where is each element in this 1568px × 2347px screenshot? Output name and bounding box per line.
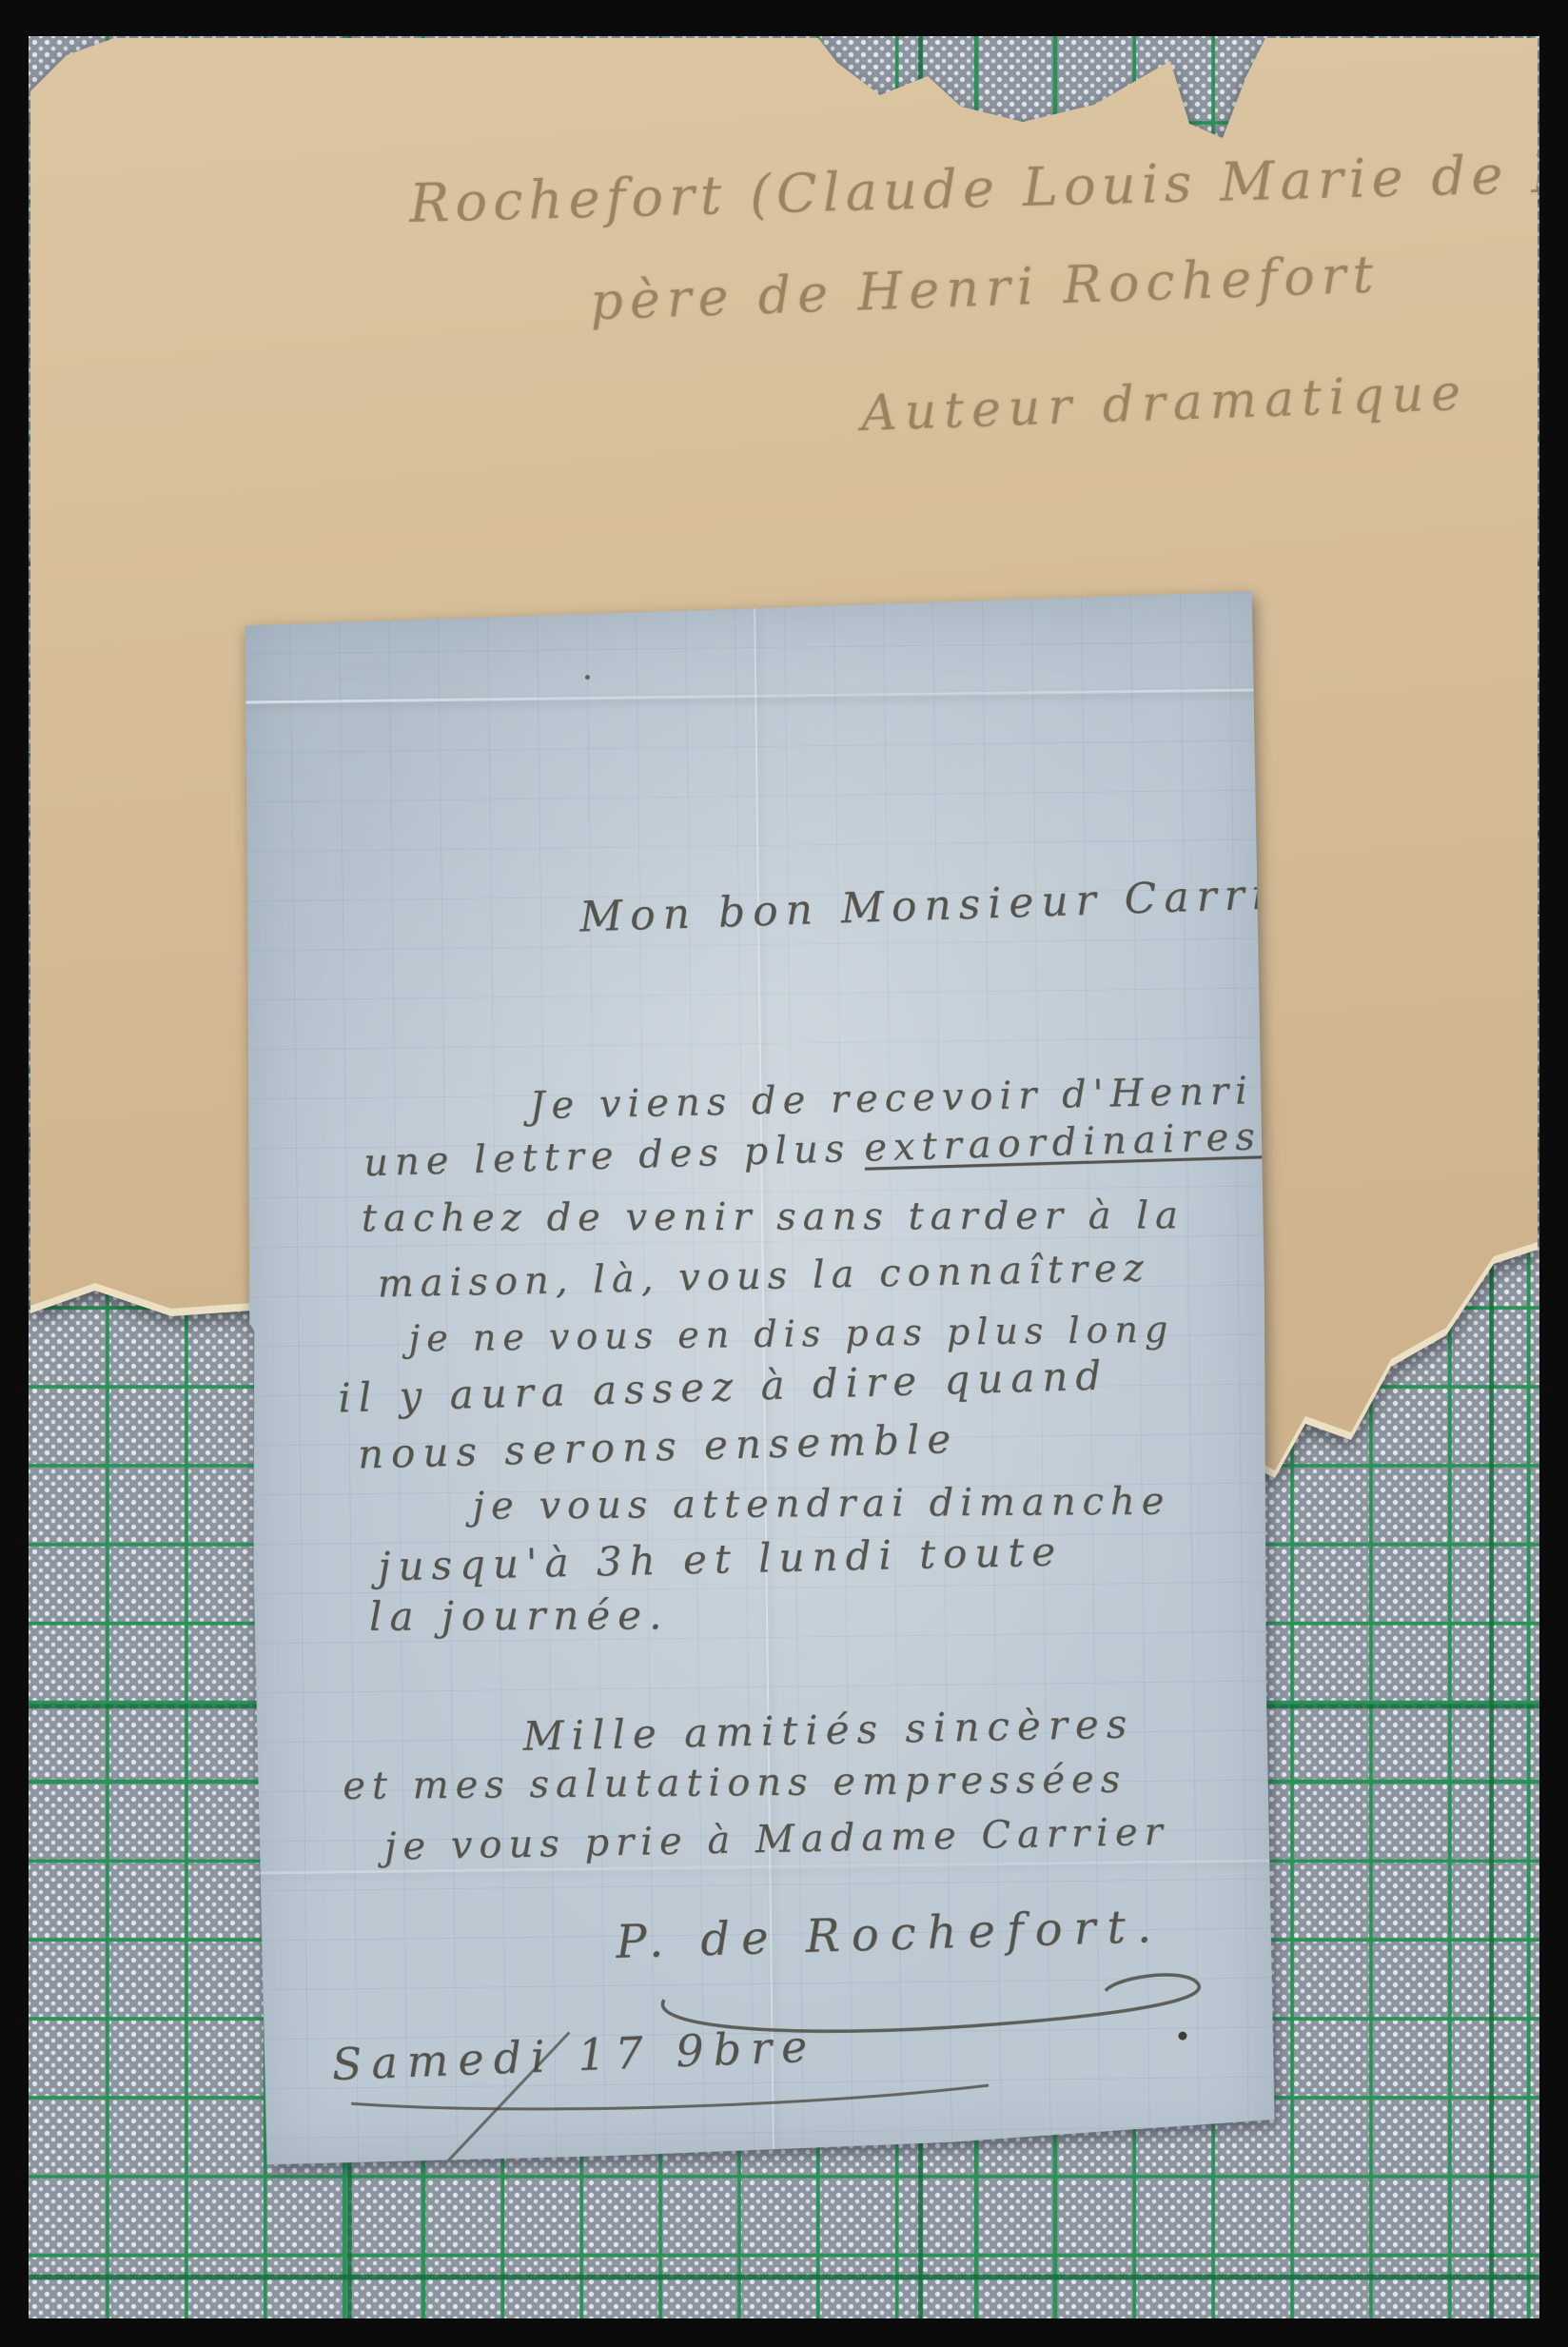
letter-paper: Mon bon Monsieur Carrier Je viens de rec… bbox=[240, 592, 1275, 2165]
letter-body-line-2: une lettre des plusextraordinaires bbox=[363, 1114, 1263, 1185]
letter-body-line-5: je ne vous en dis pas plus long bbox=[408, 1309, 1174, 1360]
paper-spot bbox=[1178, 2032, 1186, 2041]
paper-speck bbox=[585, 675, 590, 680]
letter-body-line-8: je vous attendrai dimanche bbox=[472, 1480, 1170, 1529]
letter-body-line-7: nous serons ensemble bbox=[357, 1415, 958, 1478]
pencil-inscription-line-2: père de Henri Rochefort bbox=[589, 245, 1381, 332]
letter-body-line-4: maison, là, vous la connaîtrez bbox=[377, 1246, 1150, 1306]
letter-body-line-12: et mes salutations empressées bbox=[343, 1758, 1127, 1808]
letter-fold-crease-horizontal bbox=[241, 689, 1257, 704]
pencil-inscription-line-1: Rochefort (Claude Louis Marie de Luçay bbox=[408, 139, 1568, 235]
letter-body-line-13: je vous prie à Madame Carrier bbox=[384, 1810, 1170, 1869]
letter-sheet: Mon bon Monsieur Carrier Je viens de rec… bbox=[240, 592, 1275, 2165]
letter-body-line-3: tachez de venir sans tarder à la bbox=[362, 1193, 1185, 1240]
letter-body-line-2-text: une lettre des plus bbox=[363, 1127, 852, 1185]
letter-body-line-11: Mille amitiés sincères bbox=[522, 1700, 1135, 1759]
letter-body-line-10: la journée. bbox=[369, 1591, 670, 1640]
letter-body-line-9: jusqu'à 3h et lundi toute bbox=[378, 1528, 1064, 1589]
photo-frame: Rochefort (Claude Louis Marie de Luçay p… bbox=[0, 0, 1568, 2347]
letter-salutation: Mon bon Monsieur Carrier bbox=[578, 868, 1333, 941]
letter-body-line-6: il y aura assez à dire quand bbox=[338, 1351, 1109, 1421]
letter-underlined-word: extraordinaires bbox=[864, 1114, 1263, 1170]
letter-signature: P. de Rochefort. bbox=[615, 1900, 1163, 1969]
pencil-inscription-line-3: Auteur dramatique bbox=[860, 365, 1469, 443]
